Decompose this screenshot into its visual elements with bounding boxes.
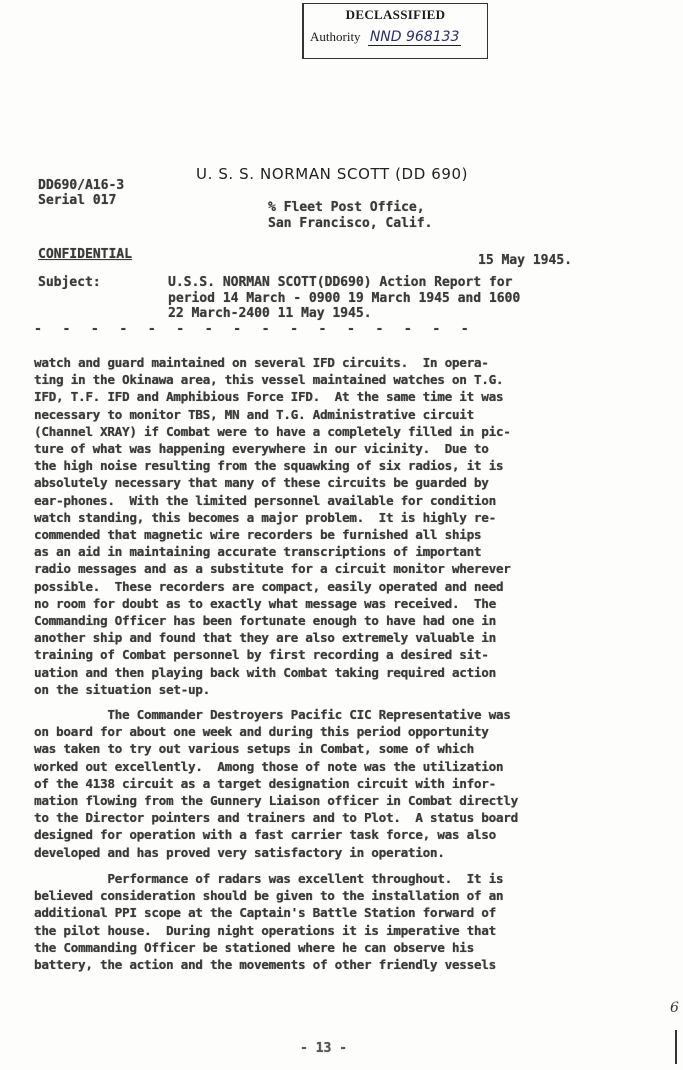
dashed-separator: - - - - - - - - - - - - - - - - - - - - … [34,322,474,337]
body-paragraph: The Commander Destroyers Pacific CIC Rep… [34,706,518,861]
subject-label: Subject: [38,275,101,290]
margin-pen-mark [675,1030,677,1064]
stamp-authority-value: NND 968133 [368,29,462,46]
stamp-authority: Authority NND 968133 [310,29,461,46]
declassified-stamp: DECLASSIFIED Authority NND 968133 [302,3,488,59]
stamp-authority-label: Authority [310,29,361,44]
address-line: San Francisco, Calif. [268,216,432,232]
body-paragraph: Performance of radars was excellent thro… [34,870,503,973]
stamp-title: DECLASSIFIED [304,7,487,23]
file-reference-line: DD690/A16-3 [38,178,124,193]
document-date: 15 May 1945. [478,253,572,268]
address-block: % Fleet Post Office, San Francisco, Cali… [268,200,432,232]
file-reference: DD690/A16-3 Serial 017 [38,178,124,208]
margin-annotation: 6 [670,1000,679,1016]
body-paragraph: watch and guard maintained on several IF… [34,354,511,698]
classification-marking: CONFIDENTIAL [38,247,132,262]
address-line: % Fleet Post Office, [268,200,432,216]
letterhead: U. S. S. NORMAN SCOTT (DD 690) [196,165,468,183]
serial-number: Serial 017 [38,193,124,208]
page-number: - 13 - [300,1041,347,1056]
subject-text: U.S.S. NORMAN SCOTT(DD690) Action Report… [168,275,520,322]
